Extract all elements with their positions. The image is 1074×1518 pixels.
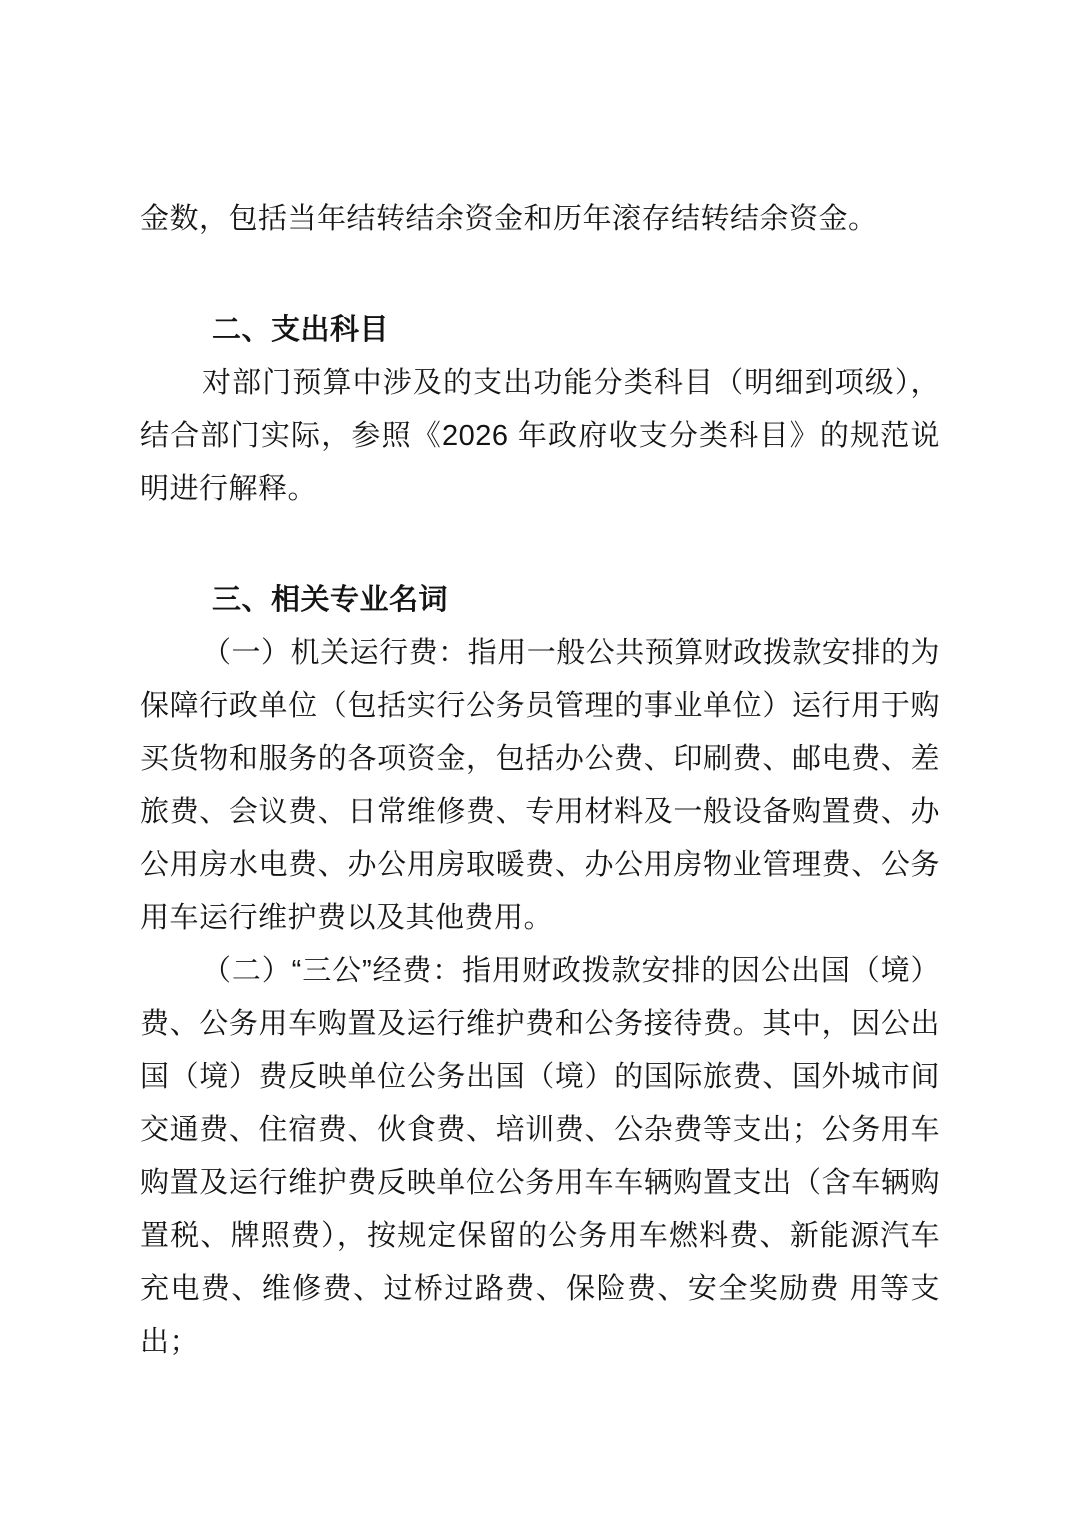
document-page: 金数，包括当年结转结余资金和历年滚存结转结余资金。 二、支出科目 对部门预算中涉… <box>0 0 1074 1518</box>
section-heading-expenditure-subjects: 二、支出科目 <box>140 304 940 357</box>
paragraph-term-agency-operating-costs: （一）机关运行费：指用一般公共预算财政拨款安排的为保障行政单位（包括实行公务员管… <box>140 627 940 945</box>
paragraph-expenditure-classification: 对部门预算中涉及的支出功能分类科目（明细到项级），结合部门实际，参照《2026 … <box>140 357 940 516</box>
paragraph-carryover-funds: 金数，包括当年结转结余资金和历年滚存结转结余资金。 <box>140 193 940 246</box>
paragraph-term-three-public-expenses: （二）“三公”经费：指用财政拨款安排的因公出国（境）费、公务用车购置及运行维护费… <box>140 945 940 1369</box>
section-heading-professional-terms: 三、相关专业名词 <box>140 574 940 627</box>
page-content: 金数，包括当年结转结余资金和历年滚存结转结余资金。 二、支出科目 对部门预算中涉… <box>140 193 940 1369</box>
